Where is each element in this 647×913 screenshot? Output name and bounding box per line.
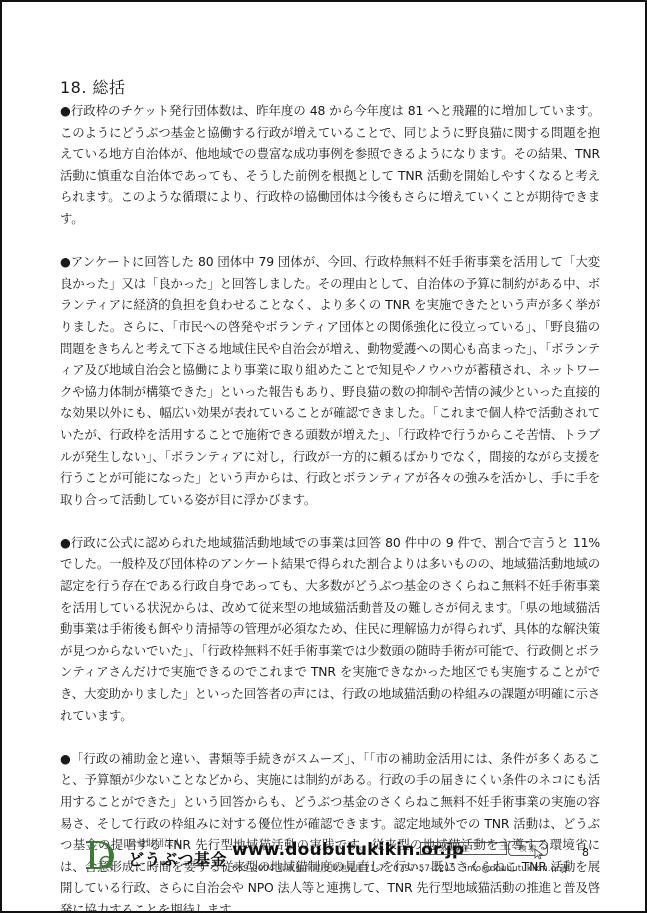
org-type-label: 公益財団法人 xyxy=(128,838,227,850)
section-title: 18. 総括 xyxy=(60,78,600,98)
page-number: 8 xyxy=(582,846,589,859)
foundation-name: 公益財団法人 どうぶつ基金 xyxy=(128,838,227,870)
mouse-cursor-icon xyxy=(534,848,546,860)
foundation-logo-icon xyxy=(84,838,120,872)
org-name-label: どうぶつ基金 xyxy=(128,850,227,870)
paragraph-gap xyxy=(60,230,600,252)
paragraph-gap xyxy=(60,510,600,532)
paragraph-gap xyxy=(60,726,600,748)
paragraph-4: ●「行政の補助金と違い、書類等手続きがスムーズ」、「「市の補助金活用には、条件が… xyxy=(60,748,600,913)
paragraph-3: ●行政に公式に認められた地域猫活動地域での事業は回答 80 件中の 9 件で、割… xyxy=(60,532,600,726)
document-body: 18. 総括 ●行政枠のチケット発行団体数は、昨年度の 48 から今年度は 81… xyxy=(60,78,600,913)
paragraph-1: ●行政枠のチケット発行団体数は、昨年度の 48 から今年度は 81 へと飛躍的に… xyxy=(60,100,600,230)
search-box-graphic: どうぶつ基金 xyxy=(420,842,507,855)
paragraph-2: ●アンケートに回答した 80 団体中 79 団体が、今回、行政枠無料不妊手術事業… xyxy=(60,251,600,510)
contact-address: 659-0004 兵庫県芦屋市奥池南町71-7 0797-57-1215 inf… xyxy=(232,862,570,874)
page-footer: 公益財団法人 どうぶつ基金 www.doubutukikin.or.jp 659… xyxy=(84,838,604,878)
